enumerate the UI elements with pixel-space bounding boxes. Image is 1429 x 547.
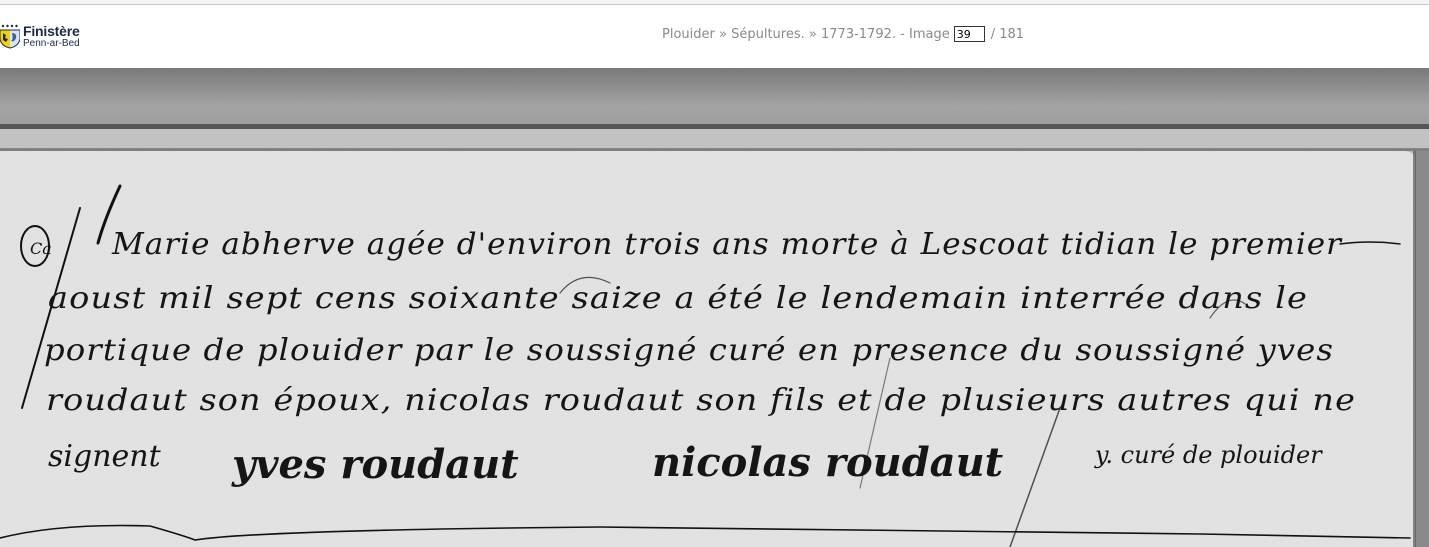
manuscript-line-1: Marie abherve agée d'environ trois ans m… (111, 227, 1343, 262)
breadcrumb-item-period[interactable]: 1773-1792. (821, 27, 896, 42)
logo-subtitle: Penn-ar-Bed (23, 39, 80, 49)
manuscript-line-3: portique de plouider par le soussigné cu… (44, 333, 1334, 368)
image-total: / 181 (991, 27, 1024, 42)
manuscript-line-4: roudaut son époux, nicolas roudaut son f… (46, 383, 1356, 418)
header-bar: Finistère Penn-ar-Bed Plouider » Sépultu… (0, 5, 1429, 68)
breadcrumb: Plouider » Sépultures. » 1773-1792. - Im… (662, 24, 1024, 44)
finistere-logo[interactable]: Finistère Penn-ar-Bed (0, 21, 80, 51)
breadcrumb-item-commune[interactable]: Plouider (662, 27, 715, 42)
signature-cure: y. curé de plouider (1094, 441, 1323, 469)
breadcrumb-item-type[interactable]: Sépultures. (731, 27, 805, 42)
signature-nicolas-roudaut: nicolas roudaut (652, 439, 1004, 486)
breadcrumb-separator-2: » (809, 27, 817, 42)
manuscript-line-2: aoust mil sept cens soixante saize a été… (48, 281, 1308, 316)
document-image-viewer[interactable]: Ca Marie abherve agée d'environ trois an… (0, 68, 1429, 547)
image-label: - Image (900, 27, 950, 42)
logo-title: Finistère (23, 24, 80, 38)
breadcrumb-separator-1: » (719, 27, 727, 42)
signature-yves-roudaut: yves roudaut (231, 441, 519, 488)
manuscript-scan: Ca Marie abherve agée d'environ trois an… (0, 68, 1429, 547)
manuscript-line-5: signent (48, 439, 162, 474)
image-number-input[interactable] (954, 26, 985, 42)
margin-note: Ca (30, 239, 52, 258)
coat-of-arms-icon (0, 23, 20, 49)
